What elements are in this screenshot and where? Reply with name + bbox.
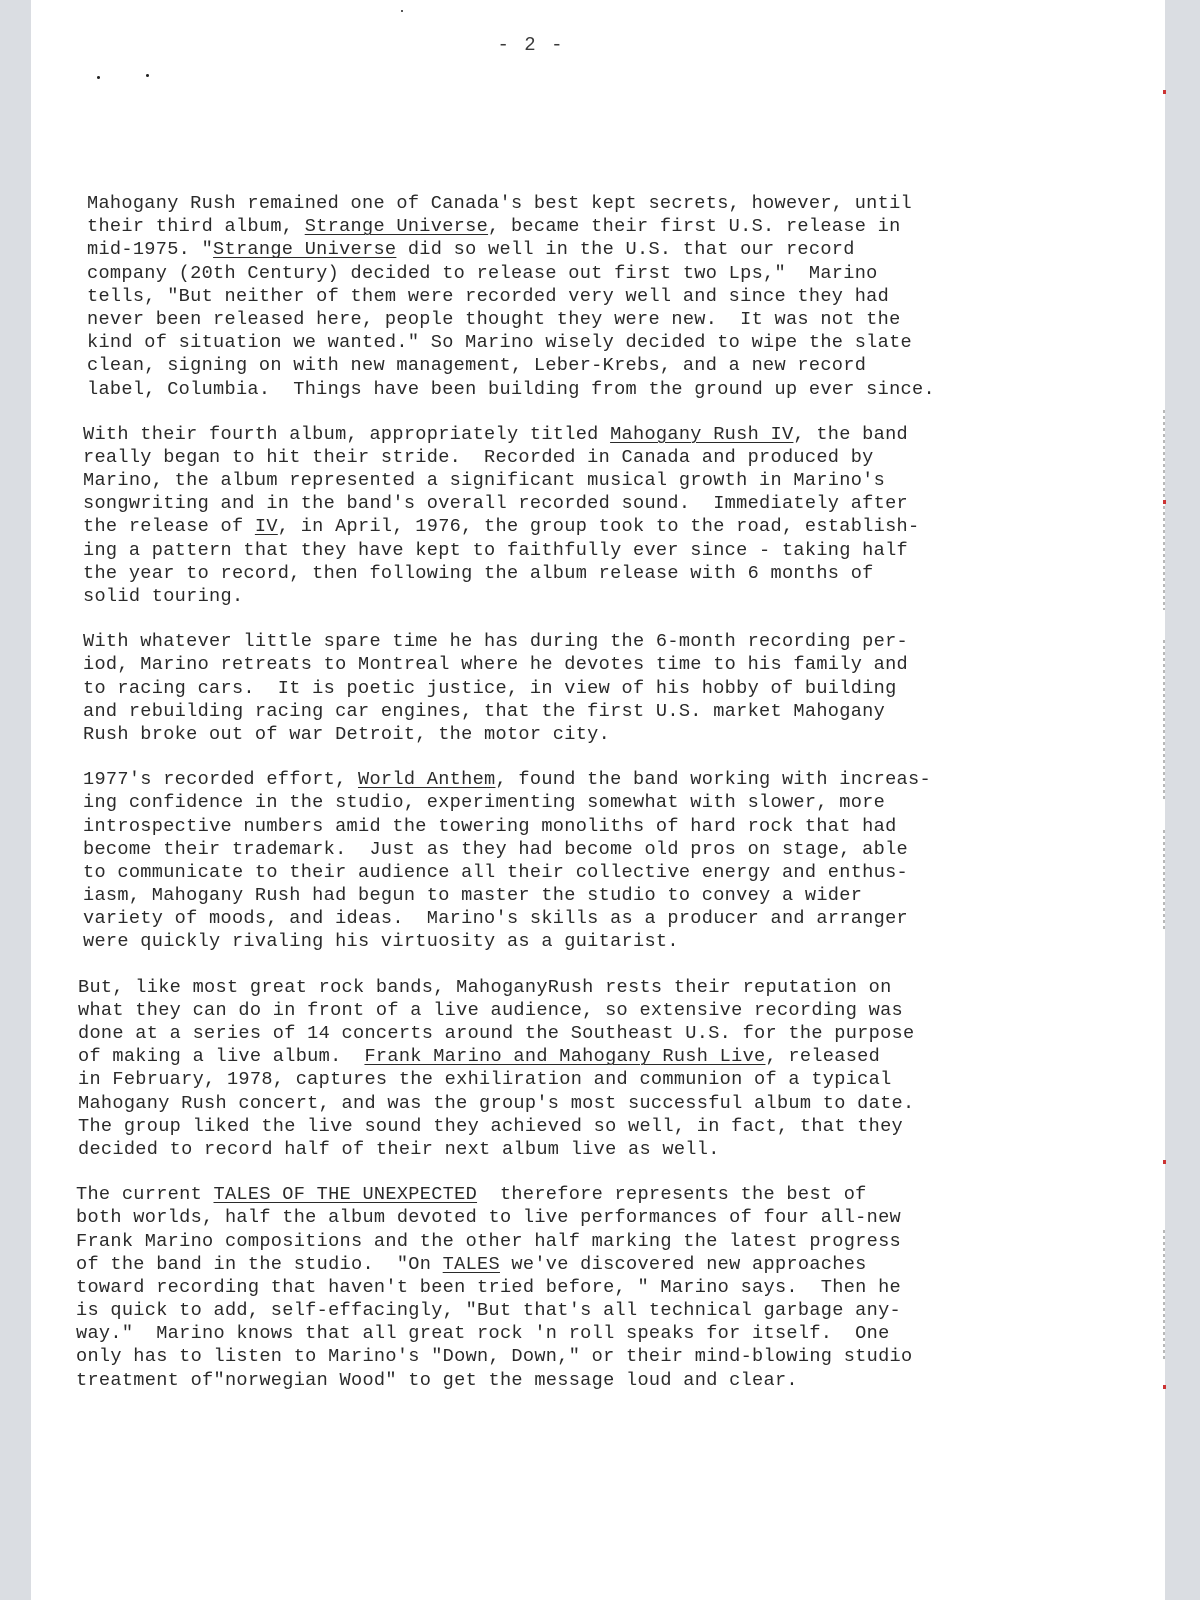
text-segment: the year to record, then following the a… bbox=[83, 563, 874, 584]
scan-artifact bbox=[1163, 1160, 1166, 1164]
text-line: is quick to add, self-effacingly, "But t… bbox=[76, 1299, 1151, 1322]
text-segment: therefore represents the best of bbox=[477, 1184, 867, 1205]
text-line: Rush broke out of war Detroit, the motor… bbox=[83, 723, 1151, 746]
document-page: - 2 - Mahogany Rush remained one of Cana… bbox=[31, 0, 1165, 1600]
text-segment: , released bbox=[766, 1046, 881, 1067]
text-segment: The current bbox=[76, 1184, 214, 1205]
text-line: With whatever little spare time he has d… bbox=[83, 630, 1151, 653]
text-line: label, Columbia. Things have been buildi… bbox=[87, 378, 1151, 401]
text-segment: both worlds, half the album devoted to l… bbox=[76, 1207, 901, 1228]
text-line: ing confidence in the studio, experiment… bbox=[83, 791, 1151, 814]
text-line: done at a series of 14 concerts around t… bbox=[78, 1022, 1151, 1045]
text-segment: clean, signing on with new management, L… bbox=[87, 355, 866, 376]
text-line: solid touring. bbox=[83, 585, 1151, 608]
text-segment: iasm, Mahogany Rush had begun to master … bbox=[83, 885, 862, 906]
text-segment: their third album, bbox=[87, 216, 305, 237]
album-title: TALES OF THE UNEXPECTED bbox=[214, 1184, 478, 1205]
paragraph: With their fourth album, appropriately t… bbox=[83, 423, 1151, 609]
text-segment: , found the band working with increas- bbox=[496, 769, 931, 790]
text-line: Mahogany Rush concert, and was the group… bbox=[78, 1092, 1151, 1115]
scan-speck bbox=[97, 76, 100, 79]
text-line: clean, signing on with new management, L… bbox=[87, 354, 1151, 377]
album-title: TALES bbox=[443, 1254, 500, 1275]
scan-edge-mark bbox=[1163, 410, 1165, 610]
text-line: what they can do in front of a live audi… bbox=[78, 999, 1151, 1022]
text-segment: in February, 1978, captures the exhilira… bbox=[78, 1069, 892, 1090]
text-line: But, like most great rock bands, Mahogan… bbox=[78, 976, 1151, 999]
album-title: Mahogany Rush IV bbox=[610, 424, 793, 445]
text-line: ing a pattern that they have kept to fai… bbox=[83, 539, 1151, 562]
scan-artifact bbox=[1163, 1385, 1166, 1389]
text-segment: songwriting and in the band's overall re… bbox=[83, 493, 908, 514]
paragraph: 1977's recorded effort, World Anthem, fo… bbox=[83, 768, 1151, 954]
text-segment: we've discovered new approaches bbox=[500, 1254, 867, 1275]
paragraph: With whatever little spare time he has d… bbox=[83, 630, 1151, 746]
text-line: variety of moods, and ideas. Marino's sk… bbox=[83, 907, 1151, 930]
text-line: and rebuilding racing car engines, that … bbox=[83, 700, 1151, 723]
text-segment: introspective numbers amid the towering … bbox=[83, 816, 897, 837]
text-segment: iod, Marino retreats to Montreal where h… bbox=[83, 654, 908, 675]
album-title: Frank Marino and Mahogany Rush Live bbox=[364, 1046, 765, 1067]
album-title: World Anthem bbox=[358, 769, 496, 790]
text-segment: to communicate to their audience all the… bbox=[83, 862, 908, 883]
text-line: only has to listen to Marino's "Down, Do… bbox=[76, 1345, 1151, 1368]
album-title: IV bbox=[255, 516, 278, 537]
text-line: really began to hit their stride. Record… bbox=[83, 446, 1151, 469]
album-title: Strange Universe bbox=[213, 239, 396, 260]
scan-speck bbox=[146, 74, 149, 77]
text-segment: what they can do in front of a live audi… bbox=[78, 1000, 903, 1021]
document-body: Mahogany Rush remained one of Canada's b… bbox=[81, 192, 1151, 1414]
text-segment: done at a series of 14 concerts around t… bbox=[78, 1023, 914, 1044]
scan-edge-mark bbox=[1163, 640, 1165, 800]
text-segment: toward recording that haven't been tried… bbox=[76, 1277, 901, 1298]
text-line: Marino, the album represented a signific… bbox=[83, 469, 1151, 492]
scan-artifact bbox=[1163, 500, 1166, 504]
text-segment: With their fourth album, appropriately t… bbox=[83, 424, 610, 445]
text-line: of the band in the studio. "On TALES we'… bbox=[76, 1253, 1151, 1276]
text-segment: were quickly rivaling his virtuosity as … bbox=[83, 931, 679, 952]
text-line: tells, "But neither of them were recorde… bbox=[87, 285, 1151, 308]
paragraph: Mahogany Rush remained one of Canada's b… bbox=[87, 192, 1151, 401]
text-segment: never been released here, people thought… bbox=[87, 309, 901, 330]
text-line: decided to record half of their next alb… bbox=[78, 1138, 1151, 1161]
text-segment: solid touring. bbox=[83, 586, 243, 607]
text-line: toward recording that haven't been tried… bbox=[76, 1276, 1151, 1299]
text-segment: label, Columbia. Things have been buildi… bbox=[87, 379, 935, 400]
text-line: treatment of"norwegian Wood" to get the … bbox=[76, 1369, 1151, 1392]
text-segment: really began to hit their stride. Record… bbox=[83, 447, 874, 468]
scan-artifact bbox=[1163, 90, 1166, 94]
text-segment: become their trademark. Just as they had… bbox=[83, 839, 908, 860]
page-number: - 2 - bbox=[471, 34, 591, 56]
text-segment: decided to record half of their next alb… bbox=[78, 1139, 720, 1160]
text-segment: Marino, the album represented a signific… bbox=[83, 470, 885, 491]
paragraph: The current TALES OF THE UNEXPECTED ther… bbox=[76, 1183, 1151, 1392]
text-line: of making a live album. Frank Marino and… bbox=[78, 1045, 1151, 1068]
text-line: iod, Marino retreats to Montreal where h… bbox=[83, 653, 1151, 676]
text-segment: , the band bbox=[793, 424, 908, 445]
text-segment: variety of moods, and ideas. Marino's sk… bbox=[83, 908, 908, 929]
album-title: Strange Universe bbox=[305, 216, 488, 237]
text-line: their third album, Strange Universe, bec… bbox=[87, 215, 1151, 238]
text-segment: , became their first U.S. release in bbox=[488, 216, 901, 237]
text-segment: the release of bbox=[83, 516, 255, 537]
text-segment: ing confidence in the studio, experiment… bbox=[83, 792, 885, 813]
scan-edge-mark bbox=[1163, 1230, 1165, 1360]
text-segment: tells, "But neither of them were recorde… bbox=[87, 286, 889, 307]
text-segment: way." Marino knows that all great rock '… bbox=[76, 1323, 890, 1344]
text-line: The group liked the live sound they achi… bbox=[78, 1115, 1151, 1138]
text-segment: , in April, 1976, the group took to the … bbox=[278, 516, 920, 537]
text-segment: to racing cars. It is poetic justice, in… bbox=[83, 678, 897, 699]
text-line: both worlds, half the album devoted to l… bbox=[76, 1206, 1151, 1229]
text-line: With their fourth album, appropriately t… bbox=[83, 423, 1151, 446]
text-segment: company (20th Century) decided to releas… bbox=[87, 263, 878, 284]
text-segment: of the band in the studio. "On bbox=[76, 1254, 443, 1275]
text-line: in February, 1978, captures the exhilira… bbox=[78, 1068, 1151, 1091]
scan-speck bbox=[401, 10, 403, 12]
text-line: the release of IV, in April, 1976, the g… bbox=[83, 515, 1151, 538]
text-line: were quickly rivaling his virtuosity as … bbox=[83, 930, 1151, 953]
text-segment: But, like most great rock bands, Mahogan… bbox=[78, 977, 892, 998]
text-line: songwriting and in the band's overall re… bbox=[83, 492, 1151, 515]
text-segment: ing a pattern that they have kept to fai… bbox=[83, 540, 908, 561]
text-line: the year to record, then following the a… bbox=[83, 562, 1151, 585]
paragraph: But, like most great rock bands, Mahogan… bbox=[78, 976, 1151, 1162]
text-line: 1977's recorded effort, World Anthem, fo… bbox=[83, 768, 1151, 791]
text-line: iasm, Mahogany Rush had begun to master … bbox=[83, 884, 1151, 907]
text-line: to racing cars. It is poetic justice, in… bbox=[83, 677, 1151, 700]
text-line: mid-1975. "Strange Universe did so well … bbox=[87, 238, 1151, 261]
text-line: to communicate to their audience all the… bbox=[83, 861, 1151, 884]
text-segment: treatment of"norwegian Wood" to get the … bbox=[76, 1370, 798, 1391]
text-segment: only has to listen to Marino's "Down, Do… bbox=[76, 1346, 912, 1367]
text-line: introspective numbers amid the towering … bbox=[83, 815, 1151, 838]
text-line: Mahogany Rush remained one of Canada's b… bbox=[87, 192, 1151, 215]
text-segment: The group liked the live sound they achi… bbox=[78, 1116, 903, 1137]
text-line: way." Marino knows that all great rock '… bbox=[76, 1322, 1151, 1345]
text-segment: Frank Marino compositions and the other … bbox=[76, 1231, 901, 1252]
text-segment: is quick to add, self-effacingly, "But t… bbox=[76, 1300, 901, 1321]
text-line: The current TALES OF THE UNEXPECTED ther… bbox=[76, 1183, 1151, 1206]
text-segment: With whatever little spare time he has d… bbox=[83, 631, 908, 652]
scan-edge-mark bbox=[1163, 830, 1165, 930]
text-segment: kind of situation we wanted." So Marino … bbox=[87, 332, 912, 353]
text-line: company (20th Century) decided to releas… bbox=[87, 262, 1151, 285]
text-line: Frank Marino compositions and the other … bbox=[76, 1230, 1151, 1253]
text-segment: mid-1975. " bbox=[87, 239, 213, 260]
text-segment: Rush broke out of war Detroit, the motor… bbox=[83, 724, 610, 745]
text-segment: and rebuilding racing car engines, that … bbox=[83, 701, 885, 722]
text-segment: of making a live album. bbox=[78, 1046, 364, 1067]
text-line: become their trademark. Just as they had… bbox=[83, 838, 1151, 861]
text-line: never been released here, people thought… bbox=[87, 308, 1151, 331]
text-line: kind of situation we wanted." So Marino … bbox=[87, 331, 1151, 354]
text-segment: 1977's recorded effort, bbox=[83, 769, 358, 790]
text-segment: Mahogany Rush remained one of Canada's b… bbox=[87, 193, 912, 214]
text-segment: did so well in the U.S. that our record bbox=[396, 239, 854, 260]
text-segment: Mahogany Rush concert, and was the group… bbox=[78, 1093, 914, 1114]
